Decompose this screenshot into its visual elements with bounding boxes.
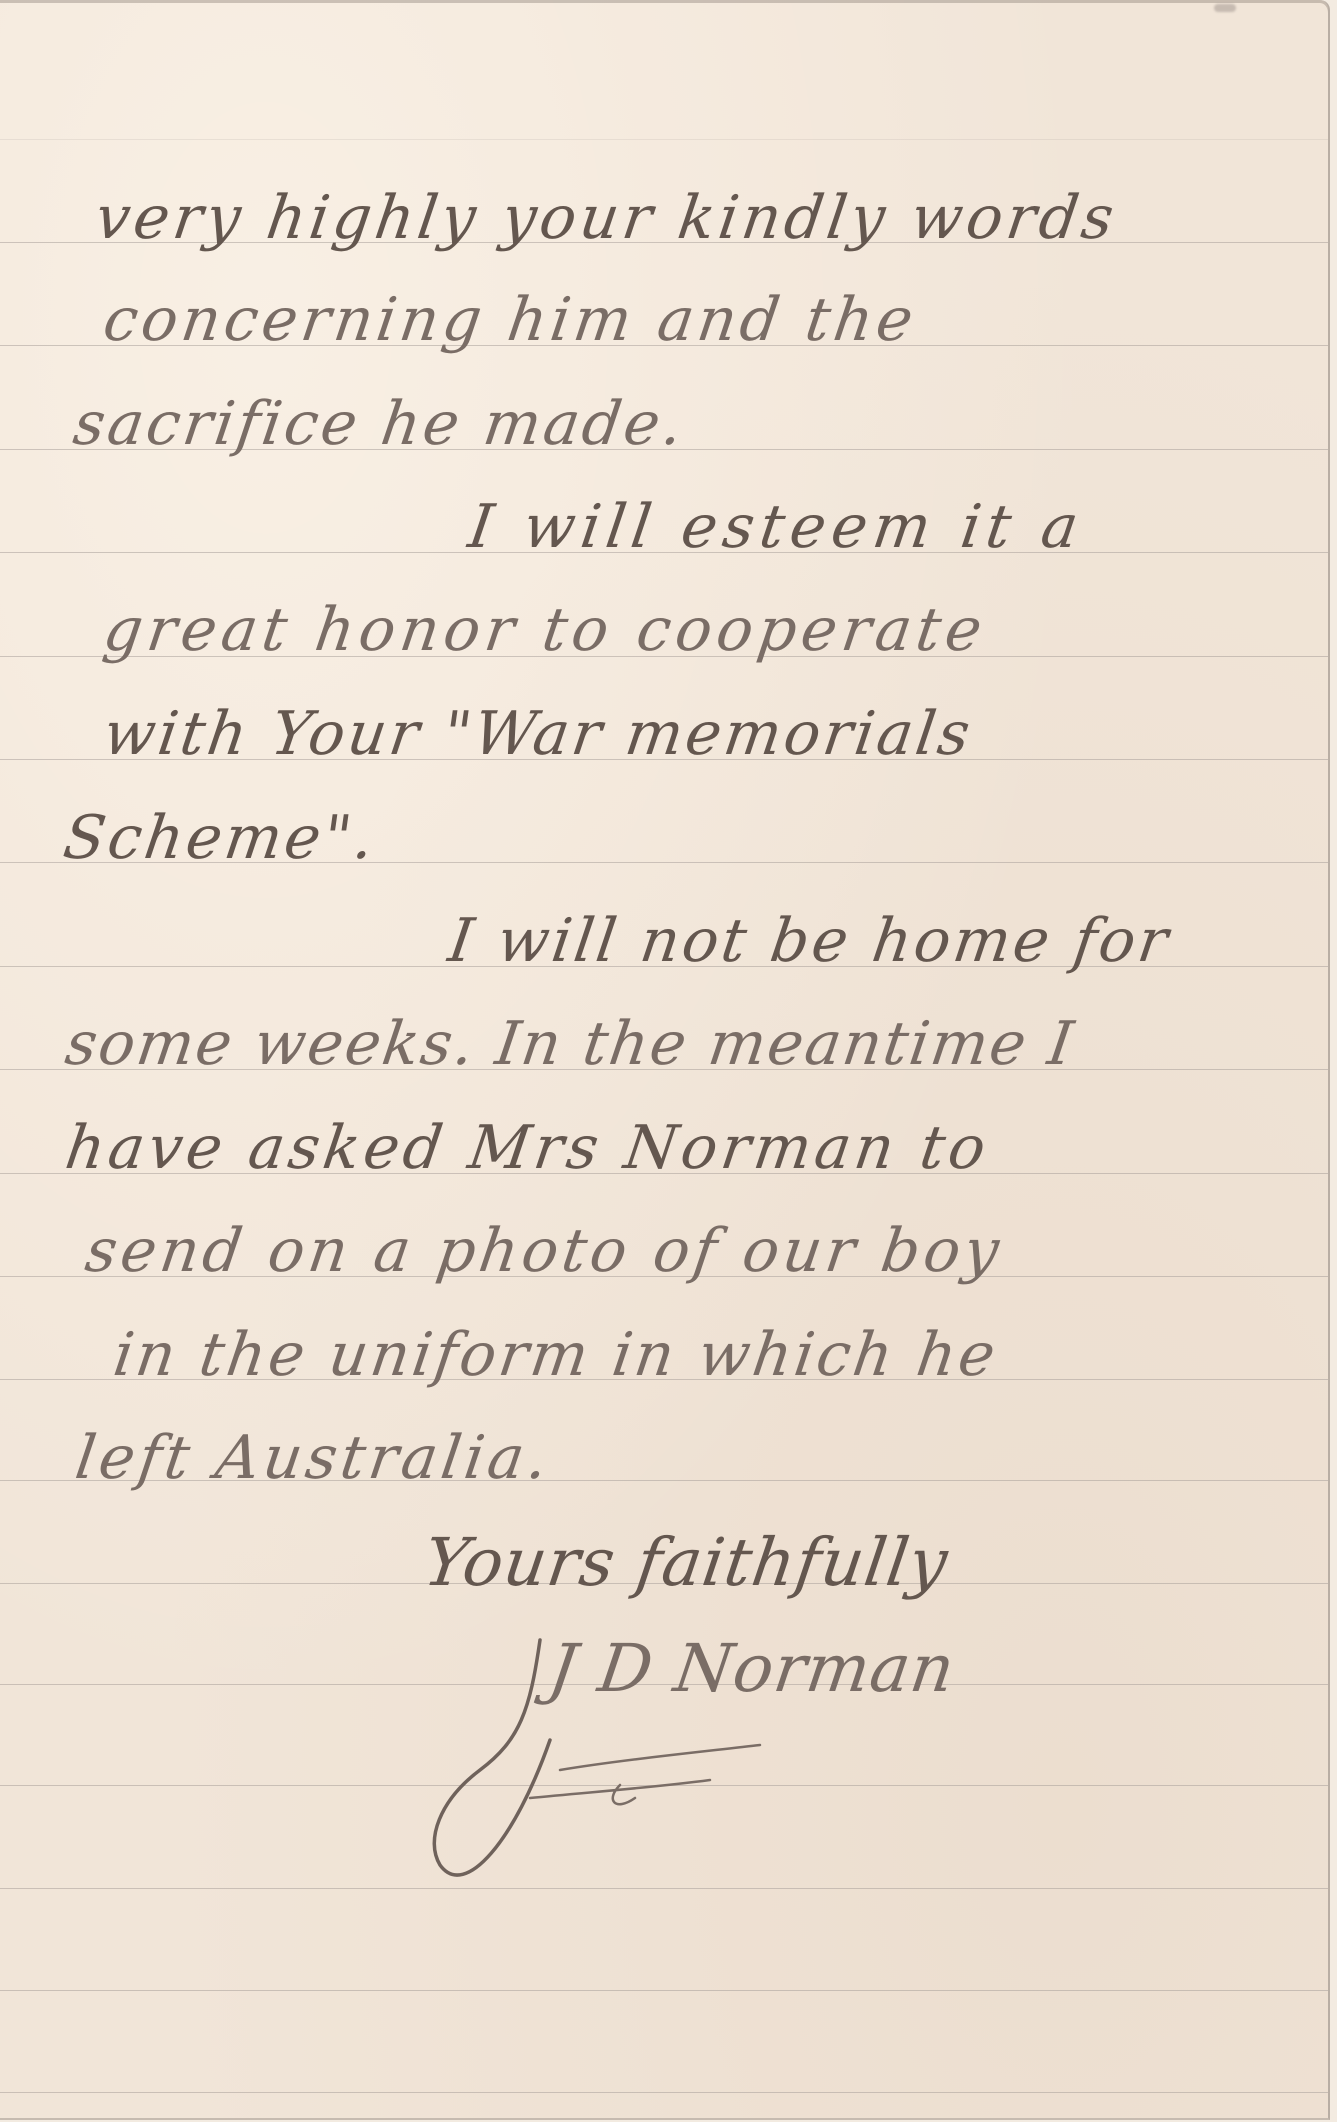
letter-line-9: some weeks. In the meantime I (62, 1014, 1079, 1074)
letter-line-4: I will esteem it a (465, 497, 1088, 557)
letter-line-5: great honor to cooperate (100, 600, 990, 660)
signature-flourish (420, 1620, 840, 1880)
ruled-line (0, 1888, 1328, 1889)
paper-smudge (1214, 4, 1236, 12)
letter-line-10: have asked Mrs Norman to (62, 1118, 993, 1178)
letter-line-3: sacrifice he made. (70, 394, 689, 454)
ruled-line (0, 2092, 1328, 2093)
letter-line-13: left Australia. (72, 1428, 555, 1488)
letter-line-7: Scheme". (60, 808, 380, 868)
letter-line-11: send on a photo of our boy (82, 1221, 1006, 1281)
letter-line-1: very highly your kindly words (92, 188, 1121, 248)
ruled-line (0, 1990, 1328, 1991)
letter-line-6: with Your "War memorials (100, 704, 976, 764)
letter-line-2: concerning him and the (100, 290, 921, 350)
letter-page: very highly your kindly words concerning… (0, 0, 1330, 2120)
letter-line-12: in the uniform in which he (110, 1325, 1002, 1385)
ruled-line (0, 139, 1328, 140)
letter-line-8: I will not be home for (445, 911, 1174, 971)
closing-salutation: Yours faithfully (420, 1530, 952, 1596)
